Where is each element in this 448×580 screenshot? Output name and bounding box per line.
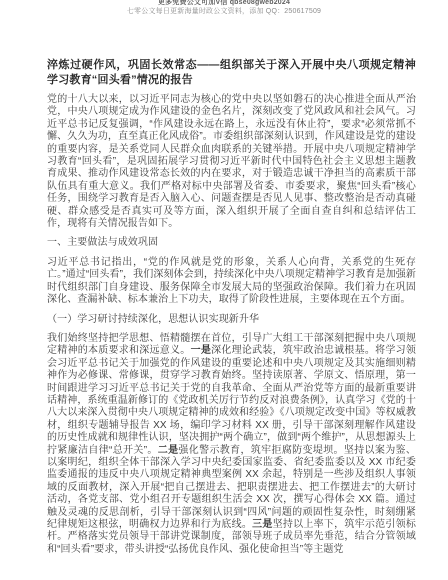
paragraph-intro: 党的十八大以来，以习近平同志为核心的党中央以坚如磐石的决心推进全面从严治党，中央… [47,94,416,230]
paragraph-detail: 我们始终坚持把学思想、悟精髓摆在首位，引导广大组工干部深刻把握中央八项规定精神的… [47,333,416,556]
document-page: 更多免费公文可加V信 qbse08gweb2024 七零公文每日更新海量时政公文… [0,0,448,578]
section-heading-1: 一、主要做法与成效巩固 [47,237,416,249]
detail-bold-third: 三是 [252,519,273,530]
detail-bold-first: 一是 [191,345,212,356]
document-title: 淬炼过硬作风，巩固长效常态——组织部关于深入开展中央八项规定精神学习教育“回头看… [47,58,416,87]
detail-segment-3: 强化警示教育，筑牢拒腐防变堤坝。坚持以案为鉴、以案明纪，组织全体干部深入学习中央… [47,445,416,530]
watermark-line-1: 更多免费公文可加V信 qbse08gweb2024 [0,0,448,7]
paragraph-overview: 习近平总书记指出，“党的作风就是党的形象，关系人心向背，关系党的生死存亡。”通过… [47,257,416,307]
document-body: 淬炼过硬作风，巩固长效常态——组织部关于深入开展中央八项规定精神学习教育“回头看… [47,58,416,556]
detail-segment-2: 深化理论武装，筑牢政治忠诚根基。将学习领会习近平总书记关于加强党的作风建设的重要… [47,345,416,455]
subsection-heading-1: （一）学习研讨持续深化，思想认识实现新升华 [47,314,416,326]
detail-bold-second: 二是 [158,445,179,456]
watermark-line-2: 七零公文每日更新海量时政公文资料，添加 QQ：250617509 [0,7,448,16]
watermark-header: 更多免费公文可加V信 qbse08gweb2024 七零公文每日更新海量时政公文… [0,0,448,16]
